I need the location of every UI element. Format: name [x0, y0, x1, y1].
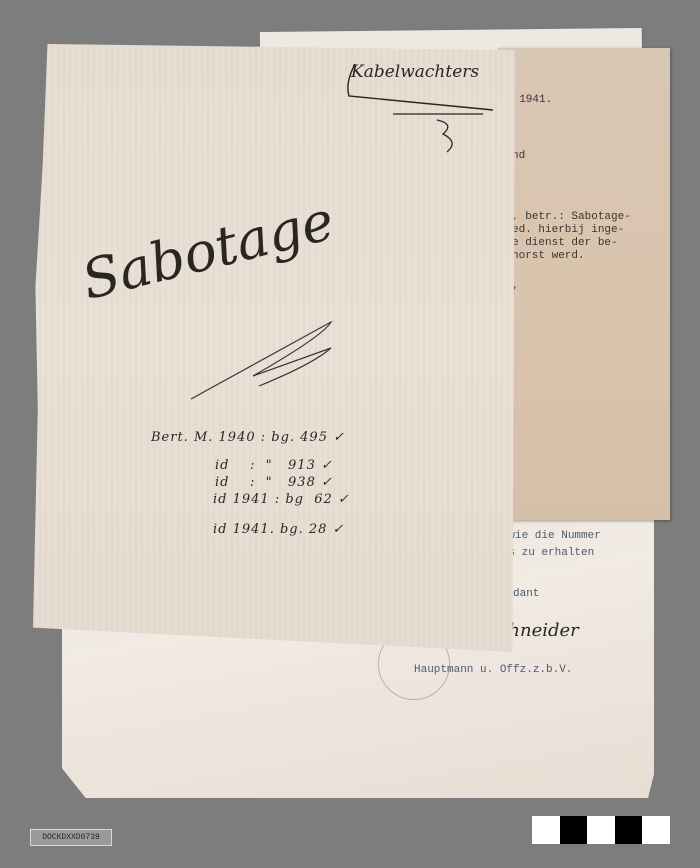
letter-line: , betr.: Sabotage-	[512, 211, 631, 224]
title-handwritten: Sabotage	[76, 189, 340, 312]
scale-swatch	[532, 816, 560, 844]
letter-line: ed. hierbij inge-	[512, 224, 624, 237]
reference-line: id 1941. bg. 28 ✓	[213, 522, 344, 537]
scale-swatch	[560, 816, 588, 844]
typed-letter-sheet: - 1941. nd , betr.: Sabotage- ed. hierbi…	[498, 48, 670, 520]
archive-label: DOCKDXXD0739	[30, 829, 112, 846]
scale-swatch	[615, 816, 643, 844]
reference-line: id : " 913 ✓	[215, 458, 333, 473]
reference-line: Bert. M. 1940 : bg. 495 ✓	[151, 430, 345, 445]
letter-line: horst werd.	[512, 250, 585, 263]
underline-stroke	[343, 58, 513, 158]
scale-swatch	[587, 816, 615, 844]
reference-line: id : " 938 ✓	[215, 475, 333, 490]
scribble-stroke	[183, 314, 343, 404]
header-handwritten: Kabelwachters	[351, 62, 479, 82]
reference-line: id 1941 : bg 62 ✓	[213, 492, 350, 507]
cover-sheet: Kabelwachters Sabotage Bert. M. 1940 : b…	[33, 44, 515, 652]
color-scale-bar	[532, 816, 670, 844]
scale-swatch	[642, 816, 670, 844]
signatory-title: Hauptmann u. Offz.z.b.V.	[414, 664, 572, 677]
letter-line: e dienst der be-	[512, 237, 618, 250]
